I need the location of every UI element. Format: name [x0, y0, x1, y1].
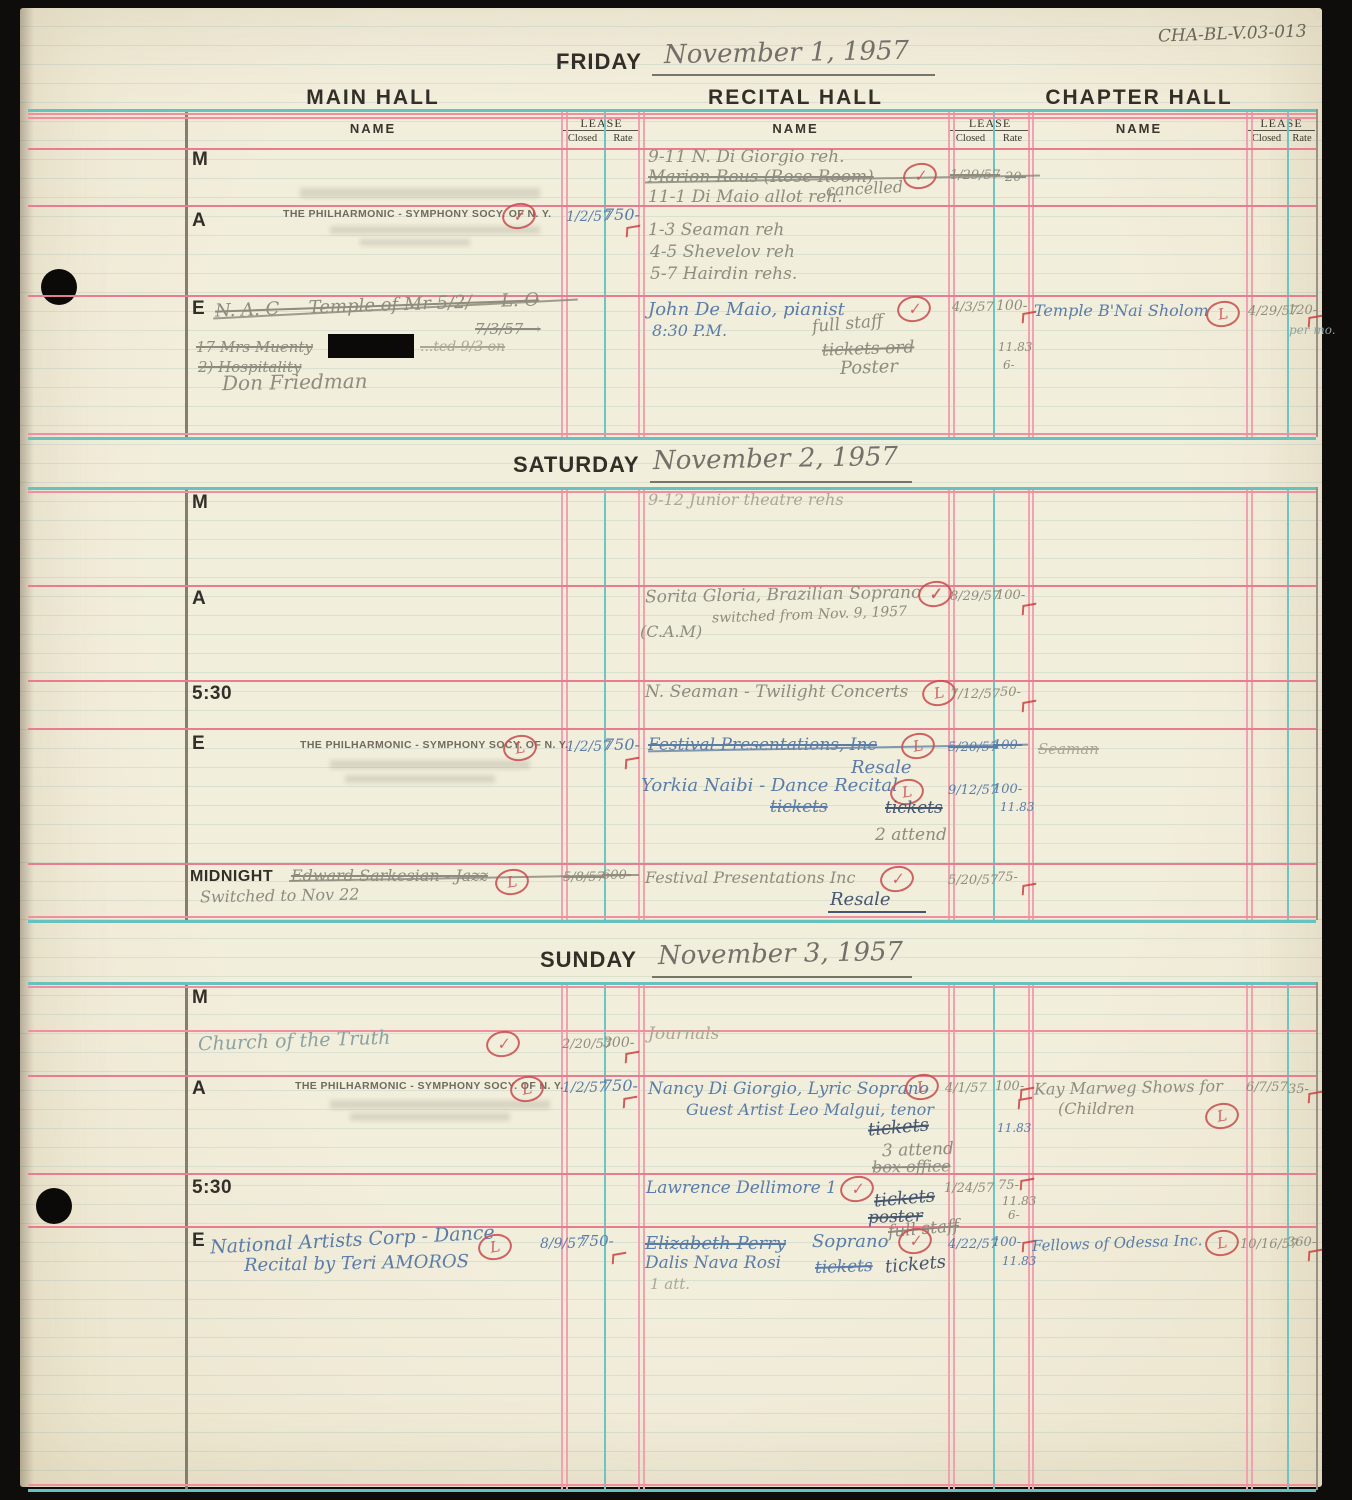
row-line	[28, 1075, 1316, 1077]
row-line	[28, 728, 1316, 730]
column-line	[948, 109, 950, 437]
row-line	[28, 295, 1316, 297]
entry-time: 8:30 P.M.	[652, 323, 727, 340]
row-label-afternoon: A	[192, 589, 206, 609]
row-label-afternoon: A	[192, 1079, 206, 1099]
row-line	[28, 863, 1316, 865]
column-line	[1028, 109, 1030, 437]
resale-note: Resale	[830, 891, 891, 910]
box-office-note: box office	[872, 1158, 951, 1176]
stamp-smudge	[360, 239, 470, 246]
lease-rate: 600-	[602, 869, 631, 883]
column-line	[993, 487, 995, 920]
redaction-box	[328, 334, 414, 358]
column-line	[948, 487, 950, 920]
column-line	[953, 109, 955, 437]
hall-title-recital: RECITAL HALL	[643, 87, 948, 109]
column-line	[566, 487, 568, 920]
entry-org-note: (C.A.M)	[640, 624, 702, 641]
lease-closed-date: 8/29/57	[950, 590, 1000, 604]
lease-closed-date: 1/24/57	[944, 1182, 994, 1196]
column-line	[604, 487, 606, 920]
entry-name-continued: (Children	[1058, 1101, 1135, 1118]
row-label-morning: M	[192, 493, 208, 513]
column-line	[643, 109, 645, 437]
lease-closed-date: 5/20/57	[948, 741, 998, 755]
lease-rate: 100-	[996, 299, 1027, 314]
stamp-smudge	[350, 1113, 510, 1121]
lease-closed-date: 5/20/57	[948, 874, 998, 888]
entry-crossed: Seaman	[1038, 742, 1099, 758]
row-line	[28, 109, 1316, 112]
row-label-530: 5:30	[192, 684, 232, 704]
column-line	[185, 487, 188, 920]
lease-rate: 100-	[993, 739, 1022, 753]
column-line	[566, 109, 568, 437]
column-line	[561, 487, 563, 920]
column-line	[1251, 982, 1253, 1490]
column-line	[953, 487, 955, 920]
date-handwritten-friday: November 1, 1957	[664, 38, 910, 70]
lease-closed-date: 1/29/57	[950, 169, 1000, 183]
column-line	[1246, 109, 1248, 437]
column-line	[1246, 487, 1248, 920]
column-line	[1316, 982, 1318, 1490]
lease-closed-date: 8/9/57	[540, 1237, 585, 1252]
fee-amount: 11.83	[1002, 1255, 1036, 1268]
entry-recital-rehearsal: 9-11 N. Di Giorgio reh.	[648, 149, 845, 167]
day-label-sunday: SUNDAY	[540, 948, 637, 971]
fee-amount: 11.83	[1000, 801, 1034, 814]
ledger-page-scan: CHA-BL-V.03-013 FRIDAY November 1, 1957 …	[0, 0, 1352, 1500]
date-handwritten-sunday: November 3, 1957	[658, 939, 904, 971]
column-line	[1287, 487, 1289, 920]
entry-name: Nancy Di Giorgio, Lyric Soprano	[648, 1081, 929, 1099]
resale-underline	[828, 911, 926, 913]
lease-rate: 100-	[992, 1236, 1021, 1250]
lease-closed-date: 4/3/57	[952, 301, 994, 315]
lease-rate: 750-	[580, 1234, 614, 1250]
row-label-evening: E	[192, 734, 205, 754]
column-line	[1316, 109, 1318, 437]
entry-recital-rehearsal: 4-5 Shevelov reh	[650, 244, 795, 262]
entry-name: Kay Marweg Shows for	[1034, 1078, 1223, 1098]
entry-name: Yorkia Naibi - Dance Recital	[641, 777, 898, 796]
tickets-note: tickets	[885, 800, 943, 818]
lease-rate: 750-	[602, 1078, 638, 1095]
lease-rate: 100-	[993, 783, 1022, 797]
entry-name: Festival Presentations Inc	[645, 870, 855, 887]
hall-title-main: MAIN HALL	[185, 87, 561, 109]
entry-name: Lawrence Dellimore 1	[646, 1180, 837, 1198]
row-line	[28, 916, 1316, 918]
column-line	[1316, 487, 1318, 920]
lease-rate: 750-	[604, 737, 640, 754]
entry-note: Journals	[648, 1026, 719, 1044]
lease-closed-date: 1/2/57	[562, 1081, 607, 1096]
row-label-evening: E	[192, 299, 205, 319]
switched-note: Switched to Nov 22	[200, 887, 360, 907]
column-line	[1251, 487, 1253, 920]
row-label-evening: E	[192, 1231, 205, 1251]
entry-voice-type: Soprano	[812, 1233, 888, 1252]
row-line	[28, 1226, 1316, 1228]
lease-closed-date: 4/22/57	[948, 1238, 998, 1252]
column-line	[604, 109, 606, 437]
column-line	[638, 109, 640, 437]
entry-name: N. Seaman - Twilight Concerts	[645, 684, 908, 702]
attendance-note: 2 attend	[875, 827, 947, 845]
row-line	[28, 1489, 1316, 1492]
lease-rate: 35-	[1288, 1083, 1309, 1097]
column-line	[1287, 109, 1289, 437]
row-line	[28, 920, 1316, 923]
row-line	[28, 437, 1316, 440]
lease-rate: 100-	[996, 589, 1025, 603]
fee-amount: 6-	[1003, 359, 1015, 372]
row-label-morning: M	[192, 988, 208, 1008]
column-line	[561, 109, 563, 437]
entry-name: Don Friedman	[222, 371, 368, 395]
entry-recital-rehearsal: 5-7 Hairdin rehs.	[650, 266, 797, 284]
stamp-smudge	[345, 775, 495, 783]
fee-amount: 11.83	[997, 1122, 1031, 1135]
lease-rate: 50-	[1000, 686, 1021, 700]
date-handwritten-saturday: November 2, 1957	[653, 444, 899, 476]
column-line	[1251, 109, 1253, 437]
lease-closed-date: 5/8/57	[563, 871, 605, 885]
fee-amount: 6-	[1008, 1209, 1020, 1222]
entry-main-crossed: 17 Mrs Muenty	[196, 340, 313, 356]
date-underline	[652, 976, 912, 978]
row-label-midnight: MIDNIGHT	[190, 869, 273, 886]
entry-recital-rehearsal: 9-12 Junior theatre rehs	[648, 492, 844, 509]
hall-title-chapter: CHAPTER HALL	[1032, 87, 1246, 109]
tickets-note: tickets	[770, 799, 828, 817]
lease-rate: 75-	[997, 871, 1018, 885]
row-line	[28, 1173, 1316, 1175]
column-line	[1032, 109, 1034, 437]
row-label-afternoon: A	[192, 211, 206, 231]
entry-date-note: 7/3/57 →	[475, 322, 541, 338]
column-line	[185, 982, 188, 1490]
column-line	[1028, 982, 1030, 1490]
column-line	[993, 109, 995, 437]
stamp-smudge	[330, 760, 530, 769]
day-label-friday: FRIDAY	[556, 50, 642, 73]
row-label-morning: M	[192, 150, 208, 170]
lease-rate: 75-	[998, 1179, 1019, 1193]
column-line	[643, 487, 645, 920]
lease-closed-date: 4/1/57	[945, 1082, 987, 1096]
tickets-note: tickets	[815, 1258, 873, 1278]
entry-name: Temple B'Nai Sholom	[1034, 303, 1209, 320]
entry-name-continued: Recital by Teri AMOROS	[244, 1253, 469, 1276]
row-line	[28, 117, 1316, 119]
lease-rate: 750-	[604, 207, 640, 224]
stamp-smudge	[330, 1100, 550, 1109]
row-line	[28, 986, 1316, 988]
lease-rate: 20-	[1005, 171, 1026, 185]
poster-note: Poster	[840, 358, 899, 379]
lease-closed-date: 6/7/57	[1246, 1081, 1288, 1095]
column-line	[1246, 982, 1248, 1490]
column-line	[185, 109, 188, 437]
entry-recital-rehearsal: 11-1 Di Maio allot reh.	[648, 189, 843, 207]
entry-name: Dalis Nava Rosi	[645, 1255, 781, 1273]
lease-rate: 300-	[603, 1036, 634, 1051]
column-line	[638, 487, 640, 920]
fee-amount: 11.83	[1002, 1195, 1036, 1208]
entry-main-crossed: ...ted 9/3 on	[420, 340, 505, 355]
row-line	[28, 1484, 1316, 1486]
entry-crossed: Elizabeth Perry	[645, 1235, 786, 1254]
attendance-note: 1 att.	[650, 1277, 690, 1293]
row-line	[28, 982, 1316, 985]
lease-rate: 360-	[1287, 1236, 1316, 1250]
date-underline	[650, 481, 912, 483]
day-label-saturday: SATURDAY	[513, 453, 640, 476]
stamp-smudge	[300, 188, 540, 198]
date-underline	[652, 74, 935, 76]
fee-amount: 11.83	[998, 341, 1032, 354]
lease-closed-date: 7/12/57	[950, 688, 1000, 702]
row-label-530: 5:30	[192, 1178, 232, 1198]
lease-closed-date: 9/12/57	[948, 784, 998, 798]
entry-recital-rehearsal: 1-3 Seaman reh	[648, 222, 784, 240]
row-line	[28, 433, 1316, 435]
row-line	[28, 113, 1316, 115]
